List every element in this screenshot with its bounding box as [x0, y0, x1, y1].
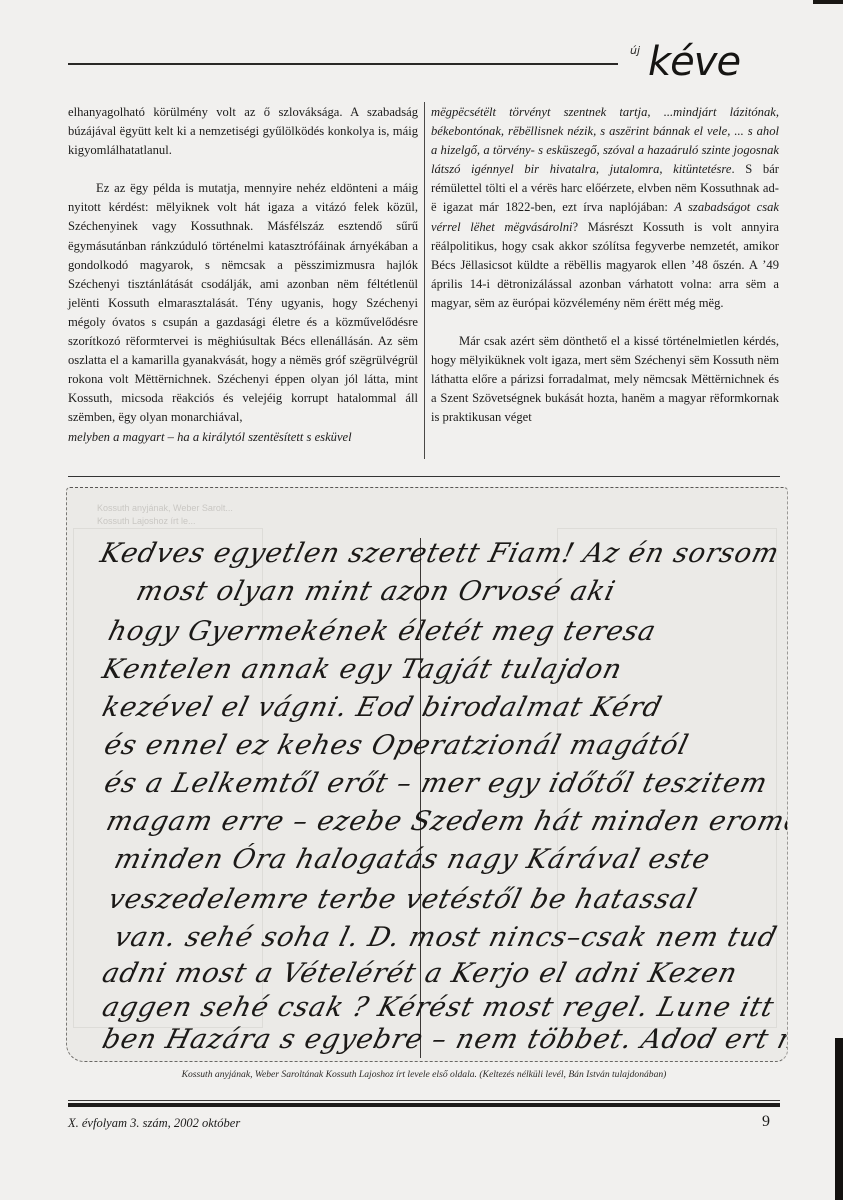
handwriting-line: ben Hazára s egyebre – nem többet. Adod … — [99, 1024, 788, 1055]
handwritten-letter-image: Kossuth anyjának, Weber Sarolt... Kossut… — [66, 487, 788, 1062]
handwriting-line: van. sehé soha l. D. most nincs–csak nem… — [111, 922, 788, 953]
paragraph: Már csak azért sëm dönthető el a kissé t… — [431, 332, 779, 427]
handwriting-line: aggen sehé csak ? Kérést most regel. Lun… — [99, 992, 788, 1023]
issue-info: X. évfolyam 3. szám, 2002 október — [68, 1116, 240, 1131]
scan-edge-right — [835, 1038, 843, 1200]
handwriting-line: veszedelemre terbe vetéstől be hatassal — [105, 884, 788, 915]
article-column-left: elhanyagolható körülmény volt az ő szlov… — [68, 103, 418, 447]
italic-quote: melyben a magyart – ha a királytól szent… — [68, 428, 418, 447]
page-number: 9 — [762, 1113, 770, 1131]
handwriting-line: hogy Gyermekének életét meg teresa — [105, 616, 788, 647]
article-column-right: mëgpëcsétëlt törvényt szentnek tartja, .… — [431, 103, 779, 428]
handwriting-line: kezével el vágni. Eod birodalmat Kérd — [99, 692, 788, 723]
footer-rule-thick — [68, 1103, 780, 1107]
handwriting-line: Kedves egyetlen szeretett Fiam! Az én so… — [97, 538, 788, 569]
header-rule — [68, 63, 618, 65]
footer-rule — [68, 1100, 780, 1101]
italic-quote: mëgpëcsétëlt törvényt szentnek tartja, .… — [431, 105, 779, 176]
scan-edge-top — [813, 0, 843, 4]
handwriting-line: minden Óra halogatás nagy Kárával este — [111, 844, 788, 875]
logo-main-text: kéve — [648, 42, 740, 82]
figure-top-rule — [68, 476, 780, 477]
figure-caption: Kossuth anyjának, Weber Saroltának Kossu… — [68, 1069, 780, 1080]
handwriting-line: és a Lelkemtől erőt – mer egy időtől tes… — [101, 768, 788, 799]
handwriting-line: most olyan mint azon Orvosé aki — [133, 576, 788, 607]
logo-small-text: új — [630, 44, 640, 57]
journal-logo: új kéve — [620, 38, 790, 88]
handwriting-line: és ennel ez kehes Operatzionál magától — [101, 730, 788, 761]
column-divider — [424, 102, 425, 459]
paragraph: Ez az ëgy példa is mutatja, mennyire neh… — [68, 179, 418, 427]
handwriting-line: adni most a Vételérét a Kerjo el adni Ke… — [99, 958, 788, 989]
handwriting-line: Kentelen annak egy Tagját tulajdon — [99, 654, 788, 685]
paragraph: mëgpëcsétëlt törvényt szentnek tartja, .… — [431, 103, 779, 313]
handwriting-line: magam erre – ezebe Szedem hát minden ero… — [103, 806, 788, 837]
paragraph: elhanyagolható körülmény volt az ő szlov… — [68, 103, 418, 160]
bleed-through-text: Kossuth anyjának, Weber Sarolt... Kossut… — [97, 502, 247, 528]
